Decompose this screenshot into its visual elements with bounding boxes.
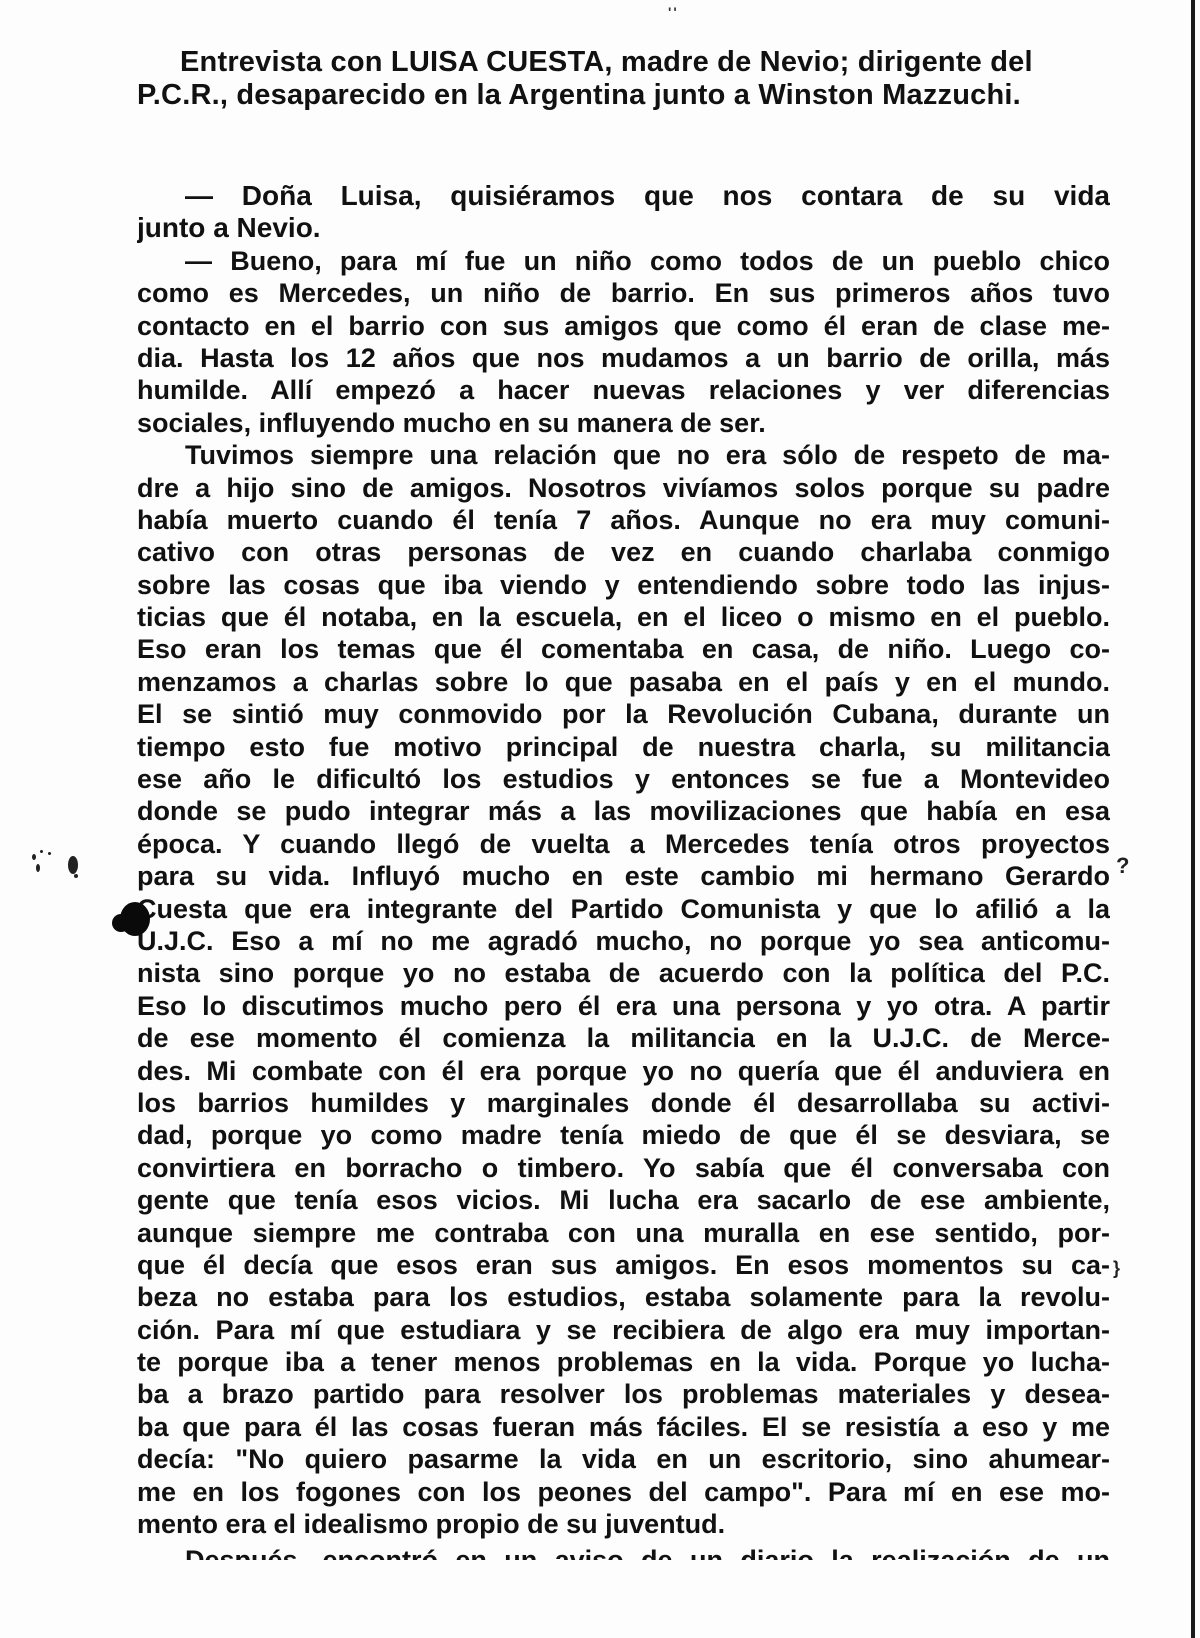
body-line: El se sintió muy conmovido por la Revolu…	[137, 698, 1110, 730]
body-line: dad, porque yo como madre tenía miedo de…	[137, 1119, 1110, 1151]
body-line: Eso eran los temas que él comentaba en c…	[137, 633, 1110, 665]
body-line: época. Y cuando llegó de vuelta a Merced…	[137, 828, 1110, 860]
headline-line: P.C.R., desaparecido en la Argentina jun…	[137, 79, 1110, 112]
column-rule	[1191, 0, 1195, 1638]
body-line: Después, encontró en un aviso de un diar…	[137, 1540, 1110, 1560]
body-line: Eso lo discutimos mucho pero él era una …	[137, 990, 1110, 1022]
body-line: que él decía que esos eran sus amigos. E…	[137, 1249, 1110, 1281]
margin-specks	[28, 848, 88, 888]
body-line: Tuvimos siempre una relación que no era …	[137, 439, 1110, 471]
body-line: cativo con otras personas de vez en cuan…	[137, 536, 1110, 568]
body-line: donde se pudo integrar más a las moviliz…	[137, 795, 1110, 827]
margin-mark: }	[1113, 1258, 1120, 1279]
article-body: — Doña Luisa, quisiéramos que nos contar…	[137, 180, 1110, 1560]
body-line: contacto en el barrio con sus amigos que…	[137, 310, 1110, 342]
body-line: Cuesta que era integrante del Partido Co…	[137, 893, 1110, 925]
body-line: humilde. Allí empezó a hacer nuevas rela…	[137, 374, 1110, 406]
body-line: ticias que él notaba, en la escuela, en …	[137, 601, 1110, 633]
body-line: de ese momento él comienza la militancia…	[137, 1022, 1110, 1054]
body-line: me en los fogones con los peones del cam…	[137, 1476, 1110, 1508]
body-line: tiempo esto fue motivo principal de nues…	[137, 731, 1110, 763]
body-line: nista sino porque yo no estaba de acuerd…	[137, 957, 1110, 989]
body-line: des. Mi combate con él era porque yo no …	[137, 1055, 1110, 1087]
body-line: U.J.C. Eso a mí no me agradó mucho, no p…	[137, 925, 1110, 957]
body-line: — Doña Luisa, quisiéramos que nos contar…	[137, 180, 1110, 212]
body-line: gente que tenía esos vicios. Mi lucha er…	[137, 1184, 1110, 1216]
body-line: como es Mercedes, un niño de barrio. En …	[137, 277, 1110, 309]
body-line: menzamos a charlas sobre lo que pasaba e…	[137, 666, 1110, 698]
body-line: — Bueno, para mí fue un niño como todos …	[137, 245, 1110, 277]
headline-line: Entrevista con LUISA CUESTA, madre de Ne…	[137, 46, 1110, 79]
body-line: ba que para él las cosas fueran más fáci…	[137, 1411, 1110, 1443]
body-line: beza no estaba para los estudios, estaba…	[137, 1281, 1110, 1313]
body-line: dia. Hasta los 12 años que nos mudamos a…	[137, 342, 1110, 374]
body-line: había muerto cuando él tenía 7 años. Aun…	[137, 504, 1110, 536]
newspaper-clipping: '' Entrevista con LUISA CUESTA, madre de…	[0, 0, 1200, 1638]
body-line: ba a brazo partido para resolver los pro…	[137, 1378, 1110, 1410]
body-line: decía: "No quiero pasarme la vida en un …	[137, 1443, 1110, 1475]
body-line: los barrios humildes y marginales donde …	[137, 1087, 1110, 1119]
body-line: junto a Nevio.	[137, 212, 1110, 244]
top-marks: ''	[668, 4, 679, 20]
body-line: mento era el idealismo propio de su juve…	[137, 1508, 1110, 1540]
article-headline: Entrevista con LUISA CUESTA, madre de Ne…	[137, 46, 1110, 112]
body-line: te porque iba a tener menos problemas en…	[137, 1346, 1110, 1378]
body-line: aunque siempre me contraba con una mural…	[137, 1217, 1110, 1249]
body-line: ese año le dificultó los estudios y ento…	[137, 763, 1110, 795]
body-line: para su vida. Influyó mucho en este camb…	[137, 860, 1110, 892]
body-line: convirtiera en borracho o timbero. Yo sa…	[137, 1152, 1110, 1184]
body-line: dre a hijo sino de amigos. Nosotros viví…	[137, 472, 1110, 504]
ink-stain	[112, 914, 130, 932]
margin-mark: ?	[1116, 853, 1129, 879]
body-line: sobre las cosas que iba viendo y entendi…	[137, 569, 1110, 601]
body-line: sociales, influyendo mucho en su manera …	[137, 407, 1110, 439]
body-line: ción. Para mí que estudiara y se recibie…	[137, 1314, 1110, 1346]
